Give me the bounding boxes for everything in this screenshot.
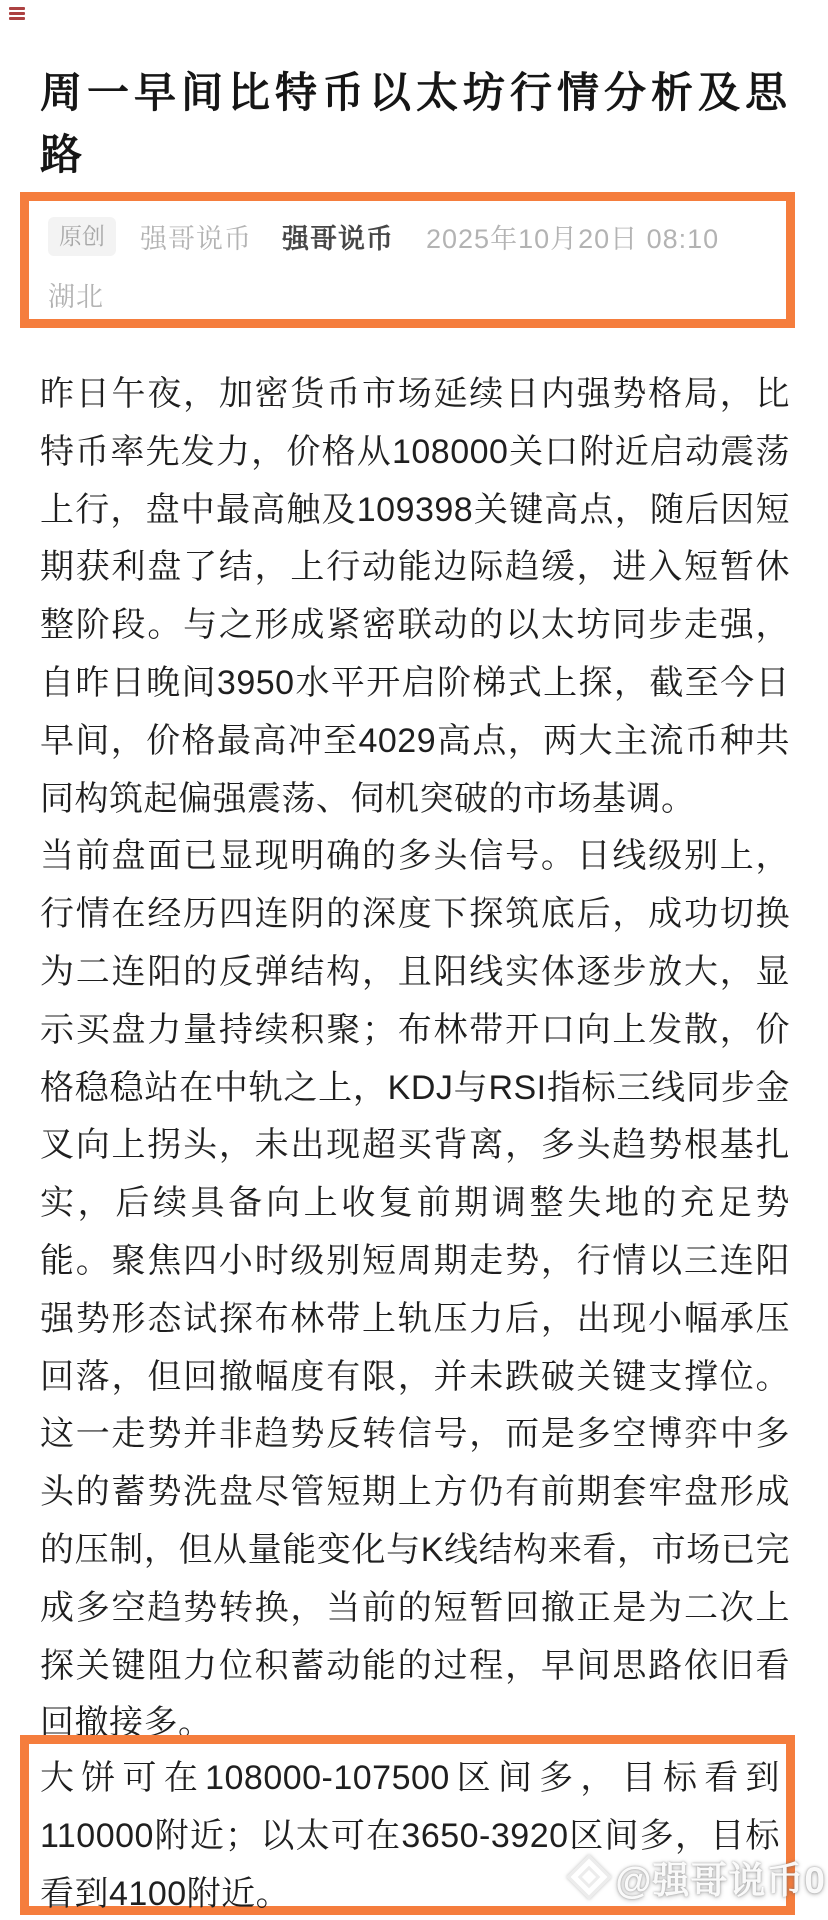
corner-red-mark-icon — [9, 7, 25, 20]
byline-annotation-box: 原创 强哥说币 强哥说币 2025年10月20日 08:10 湖北 — [20, 192, 795, 328]
author-name[interactable]: 强哥说币 — [140, 217, 252, 256]
article-body: 昨日午夜，加密货币市场延续日内强势格局，比特币率先发力，价格从108000关口附… — [40, 366, 790, 1753]
paragraph-market-recap: 昨日午夜，加密货币市场延续日内强势格局，比特币率先发力，价格从108000关口附… — [40, 366, 790, 828]
publish-datetime: 2025年10月20日 08:10 — [426, 217, 719, 256]
publish-location: 湖北 — [48, 275, 104, 314]
original-badge: 原创 — [48, 217, 116, 256]
watermark: @强哥说币0 — [573, 1850, 826, 1904]
watermark-handle: @强哥说币0 — [615, 1850, 826, 1904]
paragraph-technical-analysis: 当前盘面已显现明确的多头信号。日线级别上，行情在经历四连阴的深度下探筑底后，成功… — [40, 828, 790, 1753]
diamond-icon — [567, 1854, 612, 1899]
location-row: 湖北 — [48, 271, 786, 317]
account-name-link[interactable]: 强哥说币 — [282, 217, 394, 256]
article-title: 周一早间比特币以太坊行情分析及思路 — [40, 62, 790, 186]
byline-row: 原创 强哥说币 强哥说币 2025年10月20日 08:10 — [48, 213, 786, 259]
